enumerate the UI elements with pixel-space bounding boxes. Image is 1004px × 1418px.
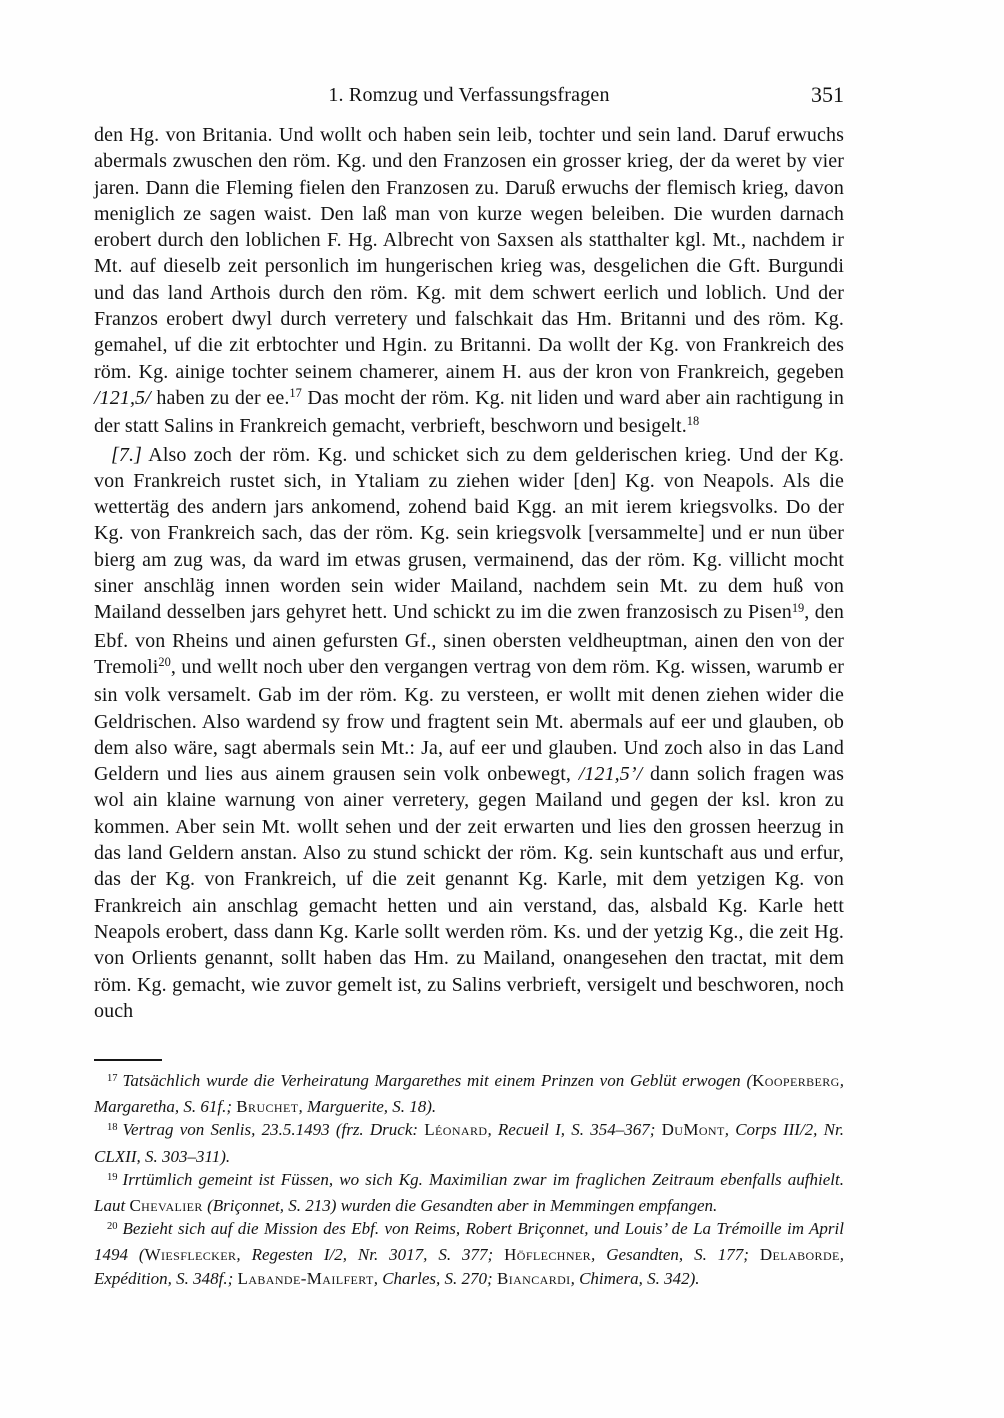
footnote-number: 18 [107,1122,118,1133]
running-header: 1. Romzug und Verfassungsfragen 351 [94,84,844,110]
footnotes-block: 17Tatsächlich wurde die Verheiratung Mar… [94,1069,844,1290]
footnote-ref: 18 [687,414,699,428]
paragraph: den Hg. von Britania. Und wollt och habe… [94,122,844,442]
text-run: Delaborde [760,1245,840,1264]
text-run: Chevalier [129,1196,202,1215]
text-run: Wiesflecker [145,1245,237,1264]
body-text: den Hg. von Britania. Und wollt och habe… [94,122,844,1024]
text-run: , Marguerite, S. 18). [298,1097,436,1116]
page-number: 351 [811,82,844,108]
text-run: haben zu der ee. [151,387,290,409]
footnote-ref: 19 [792,601,804,615]
text-run: Tatsächlich wurde die Verheiratung Marga… [123,1071,753,1090]
footnote: 20Bezieht sich auf die Mission des Ebf. … [94,1217,844,1290]
text-run: , Chimera, S. 342). [571,1269,700,1288]
footnote: 18Vertrag von Senlis, 23.5.1493 (frz. Dr… [94,1118,844,1167]
footnote-separator-rule [94,1059,162,1061]
footnote-number: 20 [107,1221,118,1232]
footnote-ref: 17 [289,386,301,400]
footnote-number: 19 [107,1172,118,1183]
text-run: Léonard [424,1120,487,1139]
text-run: , Gesandten, S. 177; [591,1245,760,1264]
footnote-number: 17 [107,1073,118,1084]
text-run: , Charles, S. 270; [374,1269,497,1288]
text-run: (Briçonnet, S. 213) wurden die Gesandten… [203,1196,717,1215]
text-run: DuMont [662,1120,725,1139]
text-run: Biancardi [497,1269,571,1288]
text-run: Höflechner [504,1245,591,1264]
text-run: , Recueil I, S. 354–367; [487,1120,661,1139]
text-run: /121,5/ [94,387,151,409]
running-title: 1. Romzug und Verfassungsfragen [94,84,844,107]
text-run: Vertrag von Senlis, 23.5.1493 (frz. Druc… [123,1120,425,1139]
text-run: den Hg. von Britania. Und wollt och habe… [94,124,844,383]
footnote: 19Irrtümlich gemeint ist Füssen, wo sich… [94,1168,844,1217]
text-run: Bruchet [236,1097,298,1116]
footnote-ref: 20 [158,655,170,669]
text-run: , Regesten I/2, Nr. 3017, S. 377; [236,1245,504,1264]
paragraph: [7.] Also zoch der röm. Kg. und schicket… [94,442,844,1025]
text-run: Labande-Mailfert [238,1269,374,1288]
text-run: Also zoch der röm. Kg. und schicket sich… [94,444,844,624]
book-page: 1. Romzug und Verfassungsfragen 351 den … [0,0,1004,1418]
text-run: dann solich fragen was wol ain klaine wa… [94,763,844,1022]
footnote: 17Tatsächlich wurde die Verheiratung Mar… [94,1069,844,1118]
text-run: /121,5’/ [579,763,643,785]
text-run: [7.] [111,444,142,466]
text-run: Kooperberg [752,1071,840,1090]
